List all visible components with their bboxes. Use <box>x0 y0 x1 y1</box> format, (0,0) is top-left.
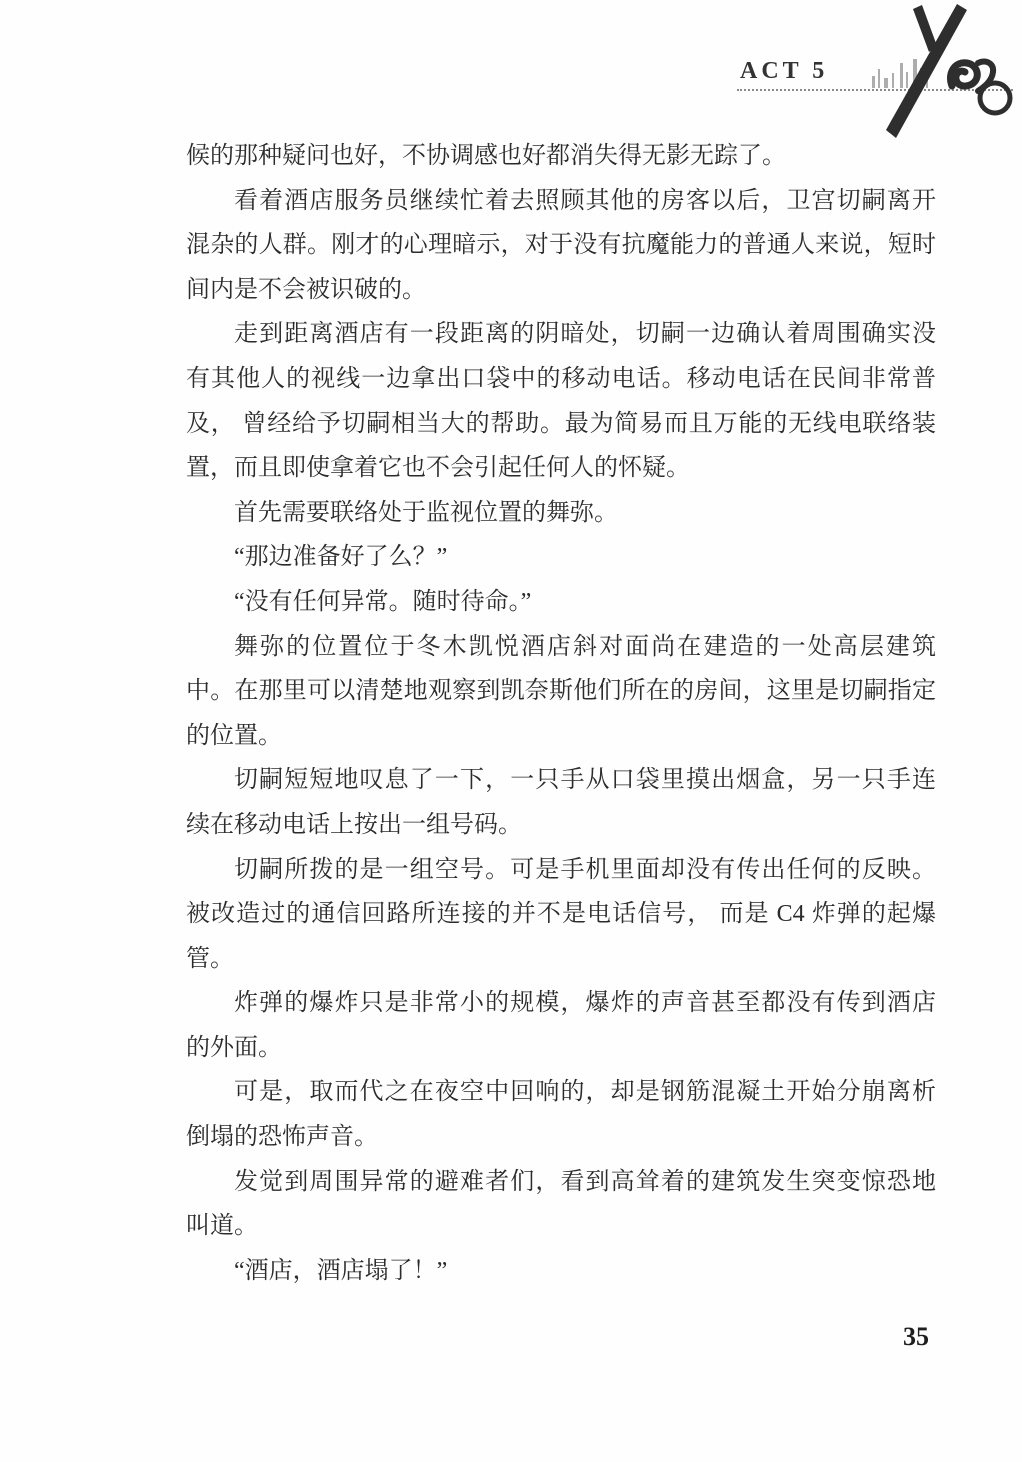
text-line: 候的那种疑问也好，不协调感也好都消失得无影无踪了。 <box>186 134 936 179</box>
text-line: 发觉到周围异常的避难者们，看到高耸着的建筑发生突变惊恐地 <box>186 1160 936 1205</box>
text-line: 的外面。 <box>186 1026 936 1071</box>
text-line: 切嗣所拨的是一组空号。可是手机里面却没有传出任何的反映。 <box>186 848 936 893</box>
text-line: 被改造过的通信回路所连接的并不是电话信号， 而是 C4 炸弹的起爆 <box>186 892 936 937</box>
text-line: 混杂的人群。刚才的心理暗示，对于没有抗魔能力的普通人来说，短时 <box>186 223 936 268</box>
text-line: 的位置。 <box>186 714 936 759</box>
text-line: 可是，取而代之在夜空中回响的，却是钢筋混凝土开始分崩离析 <box>186 1070 936 1115</box>
act-heading: ACT 5 <box>740 58 828 85</box>
text-line: 倒塌的恐怖声音。 <box>186 1115 936 1160</box>
text-line: 走到距离酒店有一段距离的阴暗处，切嗣一边确认着周围确实没 <box>186 312 936 357</box>
text-line: 看着酒店服务员继续忙着去照顾其他的房客以后，卫宫切嗣离开 <box>186 179 936 224</box>
text-line: 叫道。 <box>186 1204 936 1249</box>
text-line: “那边准备好了么？” <box>186 535 936 580</box>
text-line: “酒店，酒店塌了！” <box>186 1249 936 1294</box>
page-number: 35 <box>903 1322 929 1352</box>
fate-zero-brush-logo-icon <box>856 2 1016 142</box>
text-line: 置，而且即使拿着它也不会引起任何人的怀疑。 <box>186 446 936 491</box>
text-line: 炸弹的爆炸只是非常小的规模，爆炸的声音甚至都没有传到酒店 <box>186 981 936 1026</box>
text-line: 及， 曾经给予切嗣相当大的帮助。最为简易而且万能的无线电联络装 <box>186 402 936 447</box>
text-line: 间内是不会被识破的。 <box>186 268 936 313</box>
text-line: 首先需要联络处于监视位置的舞弥。 <box>186 491 936 536</box>
book-page: ACT 5 <box>0 0 1022 1462</box>
text-line: 续在移动电话上按出一组号码。 <box>186 803 936 848</box>
text-line: 有其他人的视线一边拿出口袋中的移动电话。移动电话在民间非常普 <box>186 357 936 402</box>
text-line: 舞弥的位置位于冬木凯悦酒店斜对面尚在建造的一处高层建筑 <box>186 625 936 670</box>
text-line: “没有任何异常。随时待命。” <box>186 580 936 625</box>
text-line: 中。在那里可以清楚地观察到凯奈斯他们所在的房间，这里是切嗣指定 <box>186 669 936 714</box>
body-text: 候的那种疑问也好，不协调感也好都消失得无影无踪了。看着酒店服务员继续忙着去照顾其… <box>186 134 936 1293</box>
text-line: 管。 <box>186 937 936 982</box>
text-line: 切嗣短短地叹息了一下，一只手从口袋里摸出烟盒，另一只手连 <box>186 758 936 803</box>
